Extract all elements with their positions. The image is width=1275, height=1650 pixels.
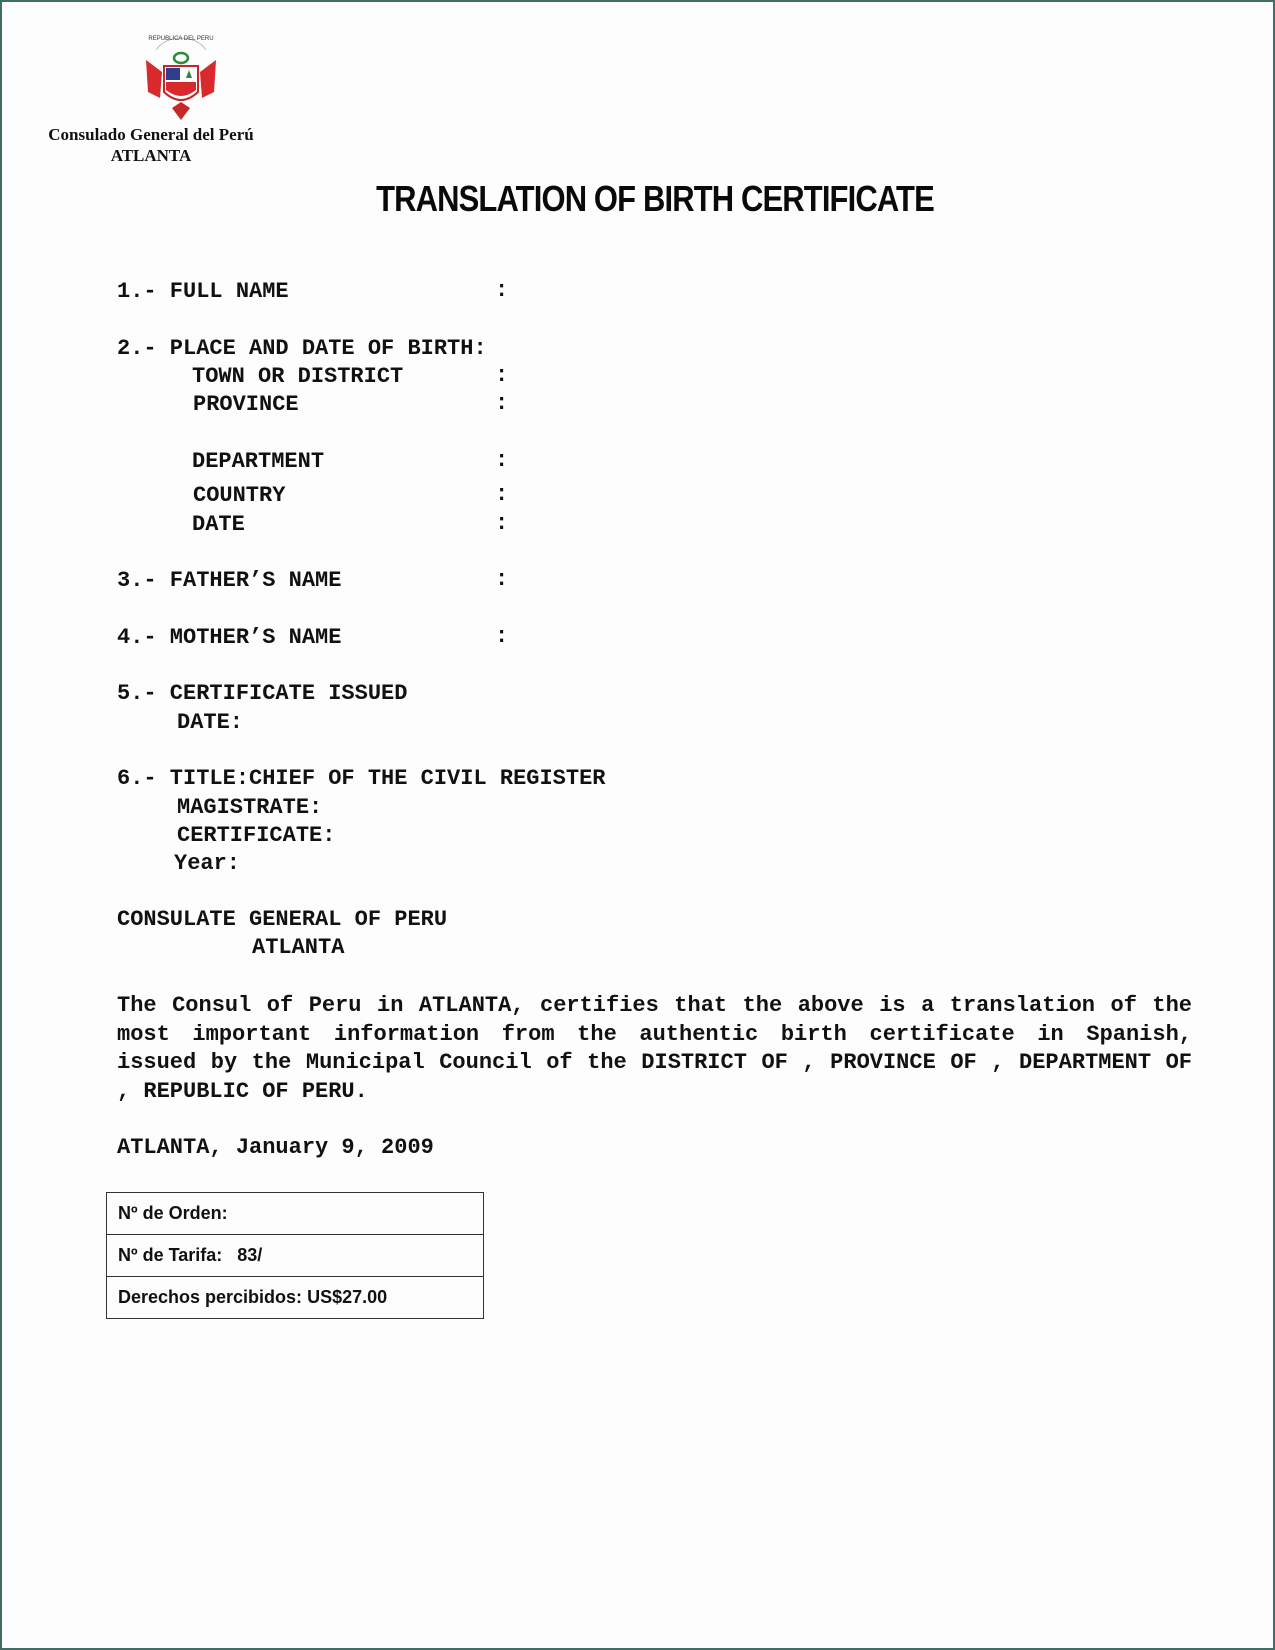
field-country: COUNTRY: [193, 482, 285, 510]
place-and-date: ATLANTA, January 9, 2009: [117, 1134, 434, 1162]
colon: :: [495, 448, 508, 473]
field-certificate: CERTIFICATE:: [177, 822, 335, 850]
tariff-number-value: 83/: [237, 1245, 262, 1265]
field-department: DEPARTMENT: [192, 448, 324, 476]
consulate-name: Consulado General del Perú ATLANTA: [20, 124, 282, 166]
colon: :: [495, 363, 508, 388]
svg-text:REPUBLICA DEL PERU: REPUBLICA DEL PERU: [148, 36, 213, 42]
signature-consulate: CONSULATE GENERAL OF PERU: [117, 906, 447, 934]
peru-coat-of-arms-icon: REPUBLICA DEL PERU: [142, 30, 220, 124]
colon: :: [495, 511, 508, 536]
field-place-date-birth: 2.- PLACE AND DATE OF BIRTH:: [117, 335, 487, 363]
certification-paragraph: The Consul of Peru in ATLANTA, certifies…: [117, 992, 1192, 1106]
order-number-label: Nº de Orden:: [118, 1203, 228, 1223]
field-date: DATE: [192, 511, 245, 539]
tariff-number-cell: Nº de Tarifa: 83/: [107, 1235, 484, 1277]
field-magistrate: MAGISTRATE:: [177, 794, 322, 822]
table-row: Nº de Orden:: [107, 1193, 484, 1235]
field-mother-name: 4.- MOTHER’S NAME: [117, 624, 341, 652]
colon: :: [495, 278, 508, 303]
field-certificate-issued: 5.- CERTIFICATE ISSUED: [117, 680, 407, 708]
fee-table: Nº de Orden: Nº de Tarifa: 83/ Derechos …: [106, 1192, 484, 1319]
field-title: 6.- TITLE:CHIEF OF THE CIVIL REGISTER: [117, 765, 605, 793]
field-full-name: 1.- FULL NAME: [117, 278, 289, 306]
field-father-name: 3.- FATHER’S NAME: [117, 567, 341, 595]
consulate-line-2: ATLANTA: [20, 145, 282, 166]
tariff-number-label: Nº de Tarifa:: [118, 1245, 222, 1265]
colon: :: [495, 624, 508, 649]
fees-cell: Derechos percibidos: US$27.00: [107, 1277, 484, 1319]
colon: :: [495, 391, 508, 416]
table-row: Nº de Tarifa: 83/: [107, 1235, 484, 1277]
field-town: TOWN OR DISTRICT: [192, 363, 403, 391]
table-row: Derechos percibidos: US$27.00: [107, 1277, 484, 1319]
colon: :: [495, 567, 508, 592]
document-title: TRANSLATION OF BIRTH CERTIFICATE: [376, 178, 935, 220]
field-year: Year:: [174, 850, 240, 878]
consulate-line-1: Consulado General del Perú: [20, 124, 282, 145]
order-number-cell: Nº de Orden:: [107, 1193, 484, 1235]
fees-value: US$27.00: [307, 1287, 387, 1307]
signature-city: ATLANTA: [252, 934, 344, 962]
colon: :: [495, 482, 508, 507]
fees-label: Derechos percibidos:: [118, 1287, 302, 1307]
field-certificate-issued-date: DATE:: [177, 709, 243, 737]
field-province: PROVINCE: [193, 391, 299, 419]
